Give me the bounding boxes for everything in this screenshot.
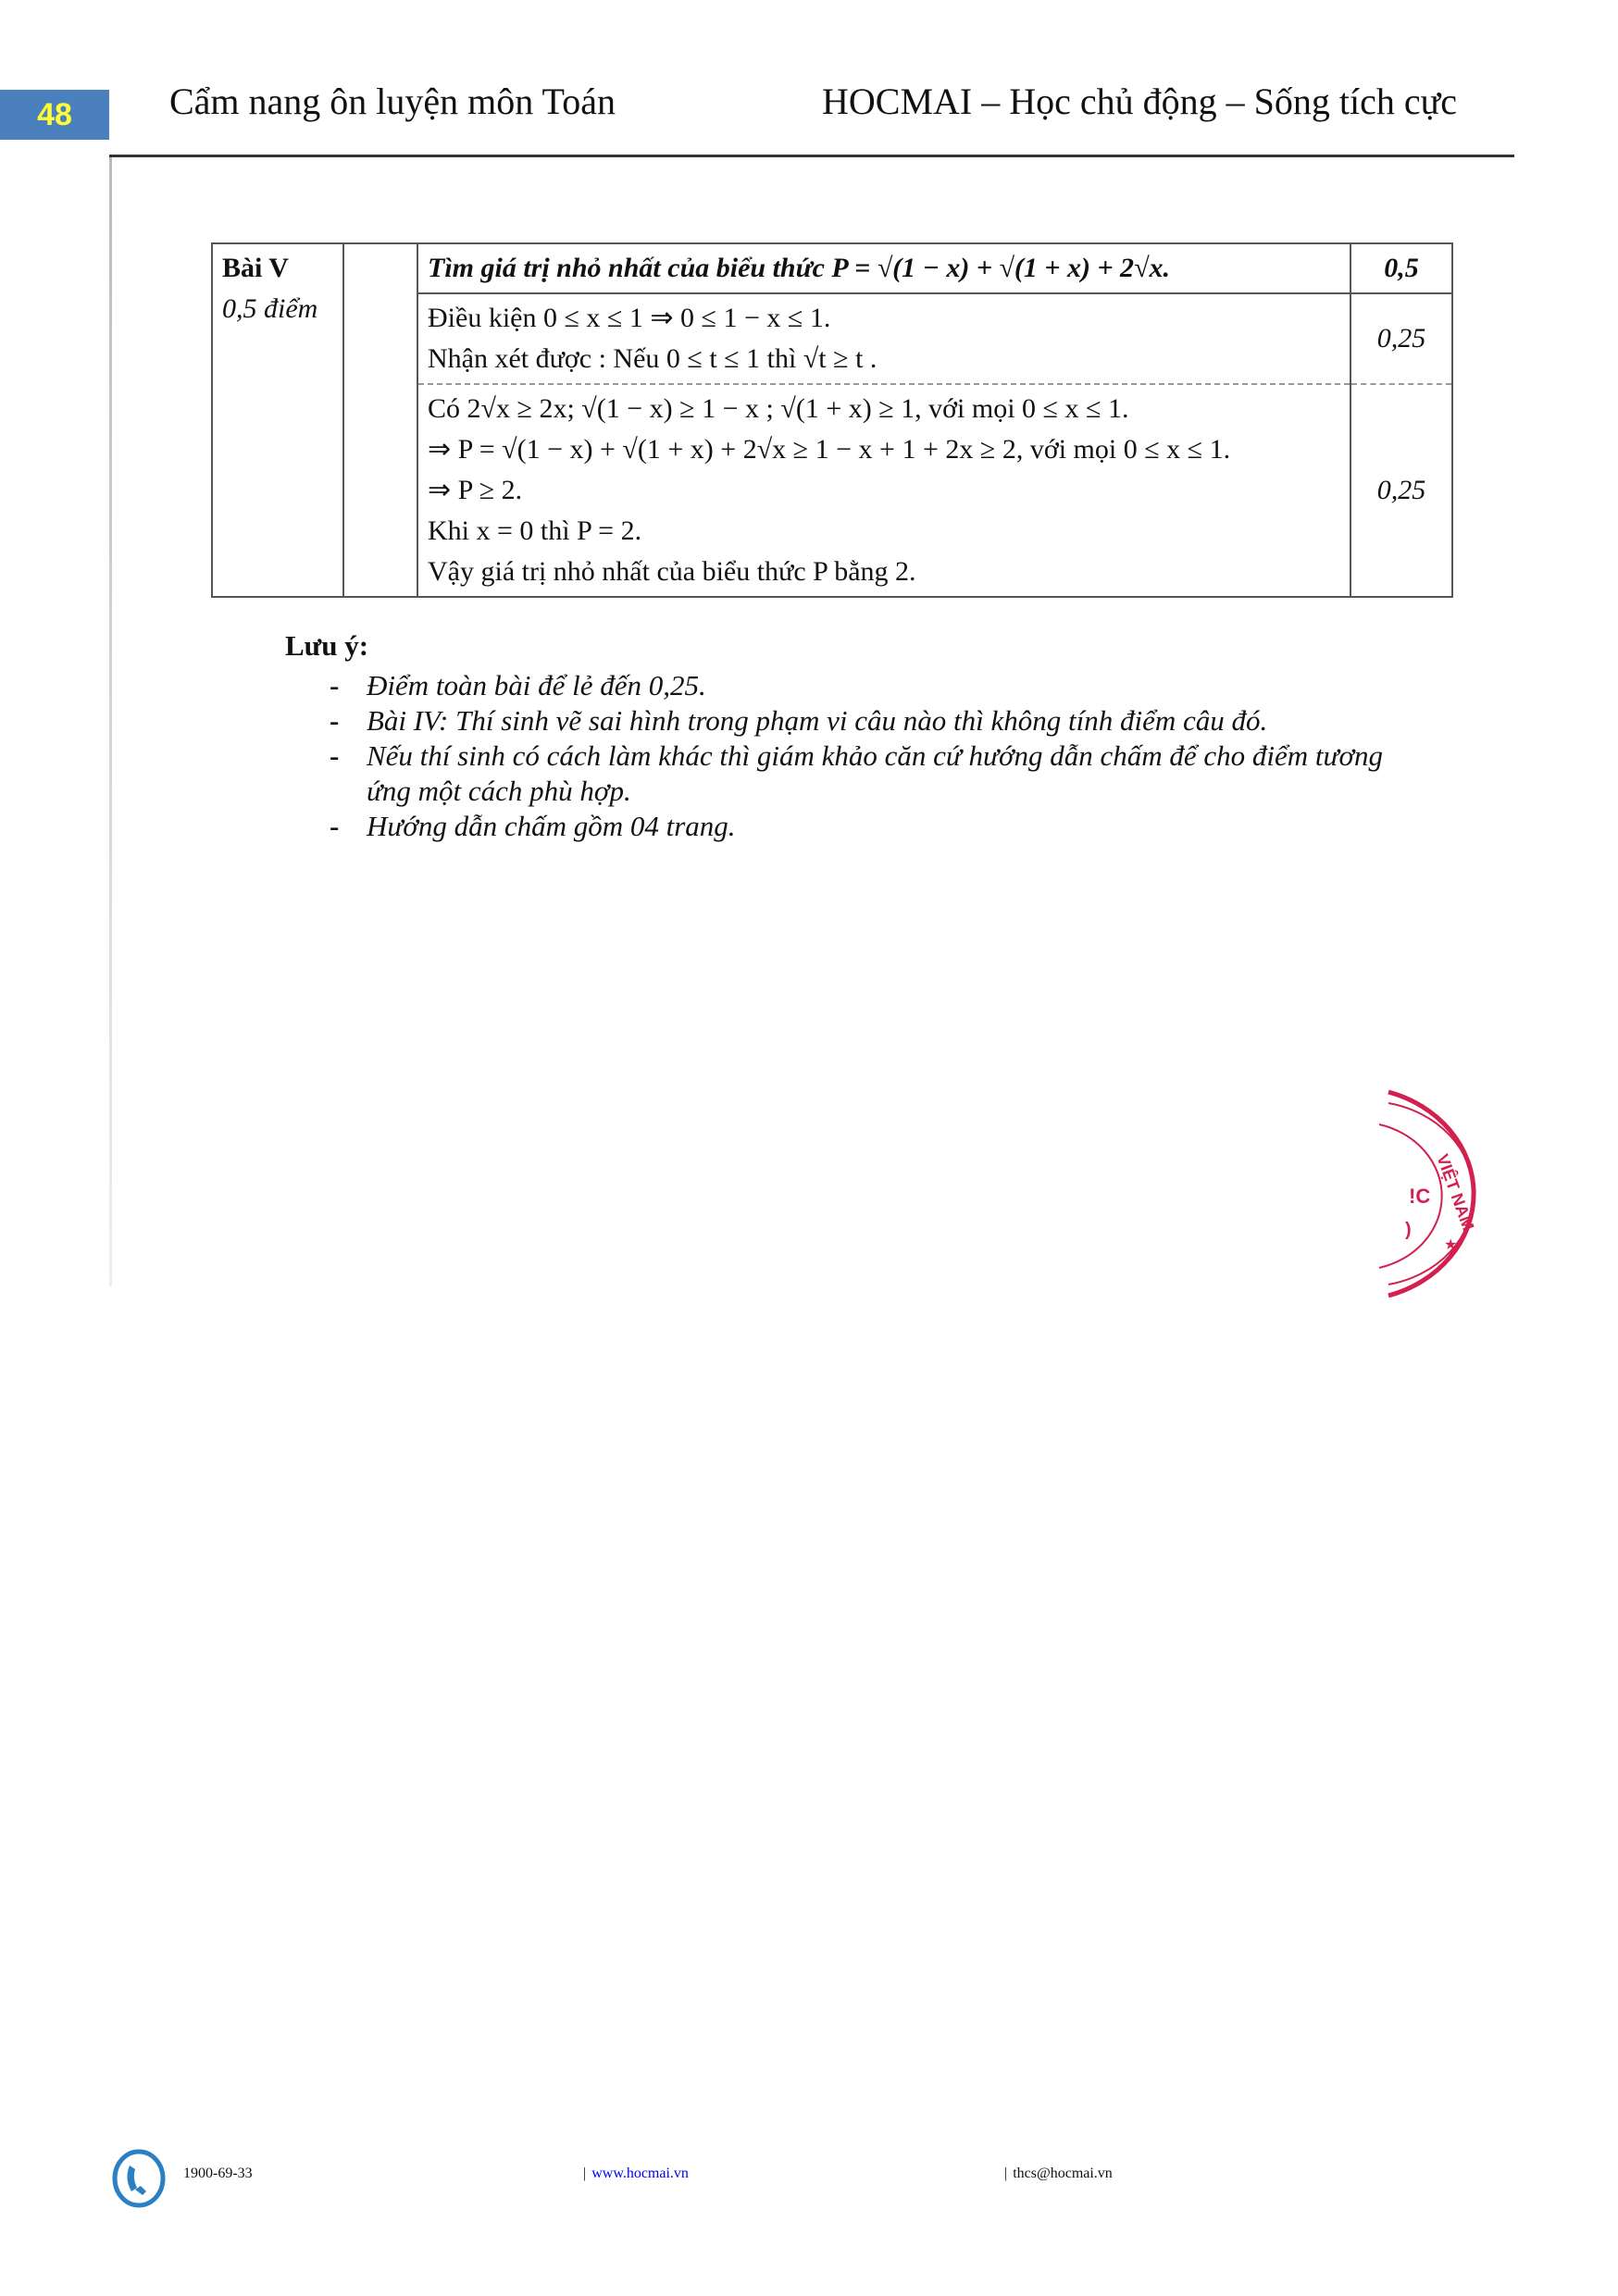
problem-points: 0,5 điểm (222, 289, 333, 329)
footer-email: |thcs@hocmai.vn (1004, 2166, 1113, 2182)
note-item: Bài IV: Thí sinh vẽ sai hình trong phạm … (285, 703, 1413, 738)
content-line: Nhận xét được : Nếu 0 ≤ t ≤ 1 thì √t ≥ t… (428, 339, 1340, 379)
footer-separator: | (583, 2166, 586, 2181)
page-number: 48 (37, 97, 72, 133)
content-line: Tìm giá trị nhỏ nhất của biểu thức P = √… (428, 248, 1340, 289)
note-item: Hướng dẫn chấm gồm 04 trang. (285, 809, 1413, 844)
points-cell: 0,5 (1350, 243, 1452, 293)
table-row: Bài V 0,5 điểm Tìm giá trị nhỏ nhất của … (212, 243, 1452, 293)
sub-question-cell (343, 243, 417, 597)
answer-cell: Có 2√x ≥ 2x; √(1 − x) ≥ 1 − x ; √(1 + x)… (417, 384, 1350, 597)
official-seal-icon: VIỆT NAM !C ) ★ (1351, 1083, 1500, 1305)
note-item: Nếu thí sinh có cách làm khác thì giám k… (285, 738, 1413, 809)
header-divider (109, 155, 1514, 157)
points-cell: 0,25 (1350, 293, 1452, 384)
svg-text:!C: !C (1409, 1185, 1430, 1208)
footer-separator: | (1004, 2166, 1007, 2181)
problem-cell: Bài V 0,5 điểm (212, 243, 343, 597)
content-line: ⇒ P ≥ 2. (428, 470, 1340, 511)
website-link[interactable]: www.hocmai.vn (591, 2166, 689, 2181)
phone-icon (109, 2149, 168, 2208)
problem-label: Bài V (222, 248, 333, 289)
email-link[interactable]: thcs@hocmai.vn (1013, 2166, 1113, 2181)
notes-title: Lưu ý: (285, 629, 1413, 663)
content-line: Có 2√x ≥ 2x; √(1 − x) ≥ 1 − x ; √(1 + x)… (428, 389, 1340, 429)
scan-border (109, 157, 112, 1286)
note-item: Điểm toàn bài để lẻ đến 0,25. (285, 668, 1413, 703)
content-line: Khi x = 0 thì P = 2. (428, 511, 1340, 552)
content-line: Điều kiện 0 ≤ x ≤ 1 ⇒ 0 ≤ 1 − x ≤ 1. (428, 298, 1340, 339)
notes-list: Điểm toàn bài để lẻ đến 0,25. Bài IV: Th… (285, 668, 1413, 844)
notes-section: Lưu ý: Điểm toàn bài để lẻ đến 0,25. Bài… (285, 629, 1413, 844)
content-line: Vậy giá trị nhỏ nhất của biểu thức P bằn… (428, 552, 1340, 592)
footer-phone: 1900-69-33 (183, 2166, 253, 2182)
content-line: ⇒ P = √(1 − x) + √(1 + x) + 2√x ≥ 1 − x … (428, 429, 1340, 470)
brand-slogan: HOCMAI – Học chủ động – Sống tích cực (822, 80, 1457, 123)
question-statement: Tìm giá trị nhỏ nhất của biểu thức P = √… (417, 243, 1350, 293)
page-number-badge: 48 (0, 90, 109, 140)
footer-website: |www.hocmai.vn (583, 2166, 689, 2182)
svg-text:★: ★ (1444, 1237, 1457, 1253)
points-cell: 0,25 (1350, 384, 1452, 597)
answer-cell: Điều kiện 0 ≤ x ≤ 1 ⇒ 0 ≤ 1 − x ≤ 1. Nhậ… (417, 293, 1350, 384)
svg-text:): ) (1405, 1220, 1412, 1240)
grading-table: Bài V 0,5 điểm Tìm giá trị nhỏ nhất của … (211, 242, 1453, 598)
book-title: Cẩm nang ôn luyện môn Toán (169, 80, 616, 123)
